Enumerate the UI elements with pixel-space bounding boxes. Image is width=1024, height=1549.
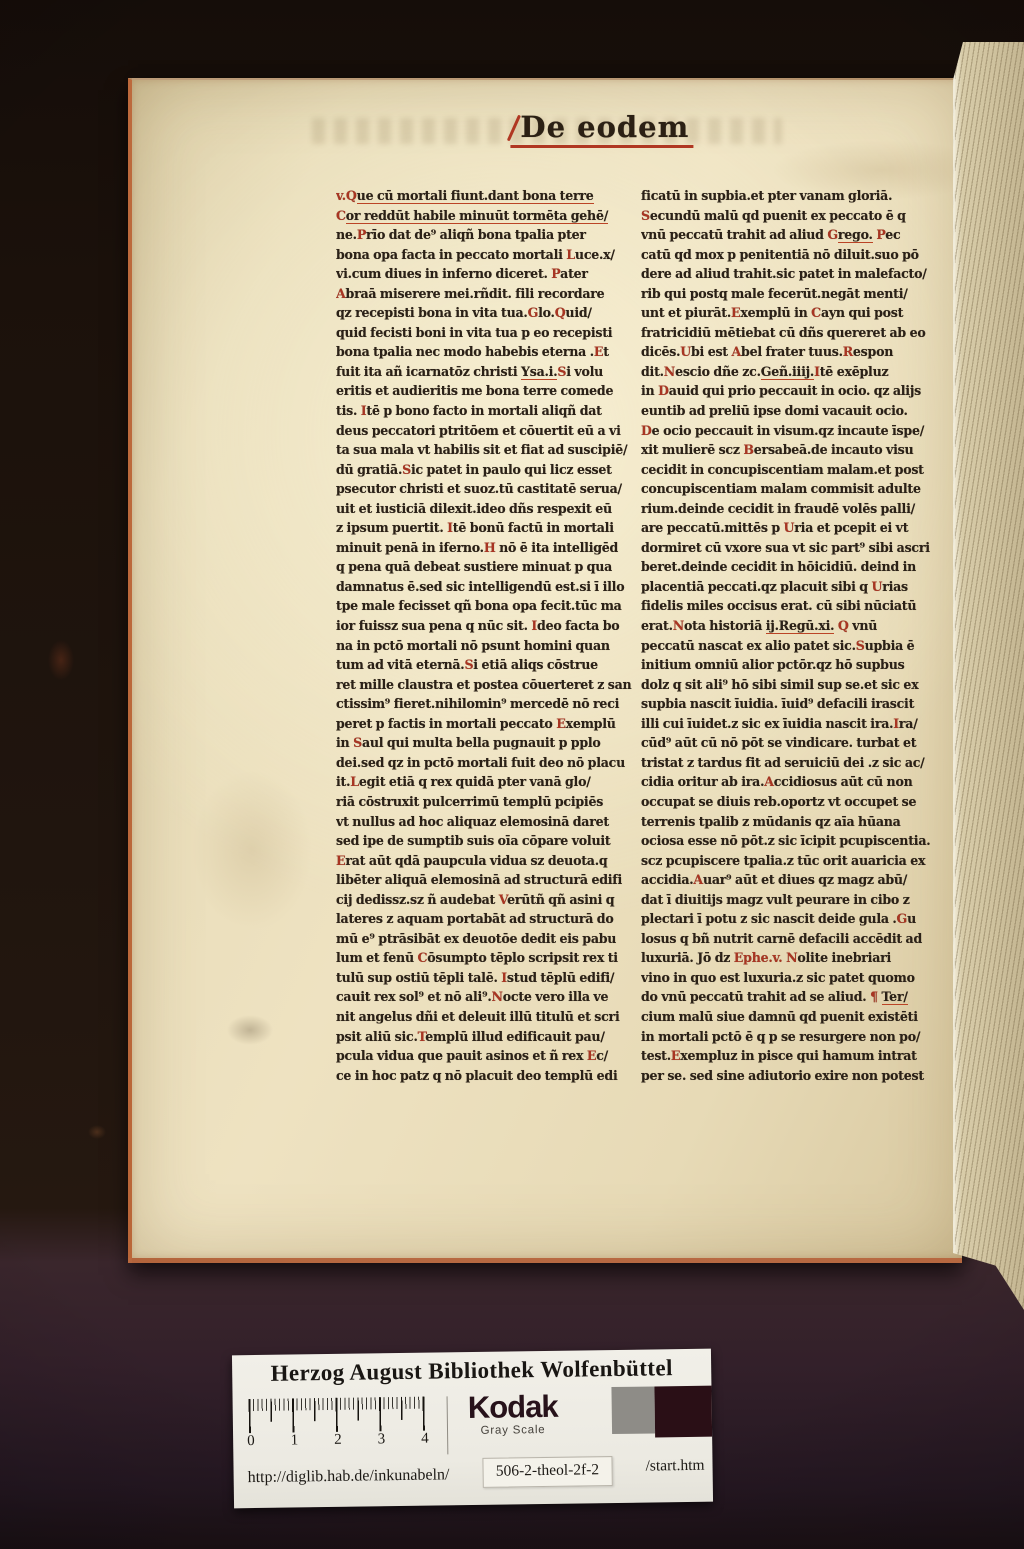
text-line: supbia nascit īuidia. īuid⁹ defacili ira… bbox=[641, 694, 949, 714]
text-line: psecutor christi et suoz.tū castitatē se… bbox=[336, 479, 644, 499]
text-line: accidia.Auar⁹ aūt et diues qz magz abū/ bbox=[641, 870, 949, 890]
text-line: erat.Nota historiā ij.Regū.xi. Q vnū bbox=[641, 616, 949, 636]
kodak-wordmark: Kodak bbox=[451, 1391, 573, 1425]
text-line: fidelis miles occisus erat. cū sibi nūci… bbox=[641, 596, 949, 616]
text-line: lum et fenū Cōsumpto tēplo scripsit rex … bbox=[336, 948, 644, 968]
library-name: Herzog August Bibliothek Wolfenbüttel bbox=[232, 1355, 711, 1388]
text-line: plectari ī potu z sic nascit deide gula … bbox=[641, 909, 949, 929]
text-line: nit angelus dñi et deleuit illū titulū e… bbox=[336, 1007, 644, 1027]
shelfmark: 506-2-theol-2f-2 bbox=[483, 1456, 613, 1488]
text-line: psit aliū sic.Templū illud edificauit pa… bbox=[336, 1027, 644, 1047]
text-line: it.Legit etiā q rex quidā pter vanā glo/ bbox=[336, 772, 644, 792]
text-line: riā cōstruxit pulcerrimū templū pcipiēs bbox=[336, 792, 644, 812]
text-line: na in pctō mortali nō psunt homini quan bbox=[336, 636, 644, 656]
text-line: beret.deinde cecidit in hōicidiū. deind … bbox=[641, 557, 949, 577]
background-stain bbox=[48, 640, 74, 680]
text-line: fratricidiū mētiebat cū dñs quereret ab … bbox=[641, 323, 949, 343]
text-line: quid fecisti boni in vita tua p eo recep… bbox=[336, 323, 644, 343]
text-line: v.Que cū mortali fiunt.dant bona terre bbox=[336, 186, 644, 206]
text-line: catū qd mox p penitentiā nō diluit.suo p… bbox=[641, 245, 949, 265]
text-line: dat ī diuitijs magz vult peurare in cibo… bbox=[641, 890, 949, 910]
text-line: q pena quā debeat sustiere minuat p qua bbox=[336, 557, 644, 577]
text-line: qz recepisti bona in vita tua.Glo.Quid/ bbox=[336, 303, 644, 323]
text-line: tristat z tardus fit ad seruiciū dei .z … bbox=[641, 753, 949, 773]
text-line: concupiscentiam malam commisit adulte bbox=[641, 479, 949, 499]
text-column-left: v.Que cū mortali fiunt.dant bona terreCo… bbox=[336, 186, 644, 1085]
ruler-number: 3 bbox=[378, 1431, 386, 1448]
text-line: occupat se diuis reb.oportz vt occupet s… bbox=[641, 792, 949, 812]
page-heading-text: De eodem bbox=[520, 110, 689, 144]
text-line: cauit rex sol⁹ et nō ali⁹.Nocte vero ill… bbox=[336, 987, 644, 1007]
text-line: ficatū in supbia.et pter vanam gloriā. bbox=[641, 186, 949, 206]
text-line: xit mulierē scz Bersabeā.de incauto visu bbox=[641, 440, 949, 460]
gray-patch bbox=[611, 1386, 655, 1434]
text-line: mū e⁹ ptrāsibāt ex deuotōe dedit eis pab… bbox=[336, 929, 644, 949]
ruler: 01234 bbox=[247, 1396, 449, 1457]
text-line: ne.Prīo dat de⁹ aliqñ bona tpalia pter bbox=[336, 225, 644, 245]
text-line: losus q bñ nutrit carnē defacili accēdit… bbox=[641, 929, 949, 949]
text-line: do vnū peccatū trahit ad se aliud. ¶ Ter… bbox=[641, 987, 949, 1007]
text-line: bona tpalia nec modo habebis eterna .Et bbox=[336, 342, 644, 362]
text-line: terrenis tpalib z mūdanis qz aīa hūana bbox=[641, 812, 949, 832]
text-line: pcula vidua que pauit asinos et ñ rex Ec… bbox=[336, 1046, 644, 1066]
text-line: Cor reddūt habile minuūt tormēta gehē/ bbox=[336, 206, 644, 226]
text-line: dormiret cū vxore sua vt sic part⁹ sibi … bbox=[641, 538, 949, 558]
text-line: ctissim⁹ fieret.nihilomin⁹ mercedē nō re… bbox=[336, 694, 644, 714]
start-file: /start.htm bbox=[645, 1455, 704, 1476]
text-line: bona opa facta in peccato mortali Luce.x… bbox=[336, 245, 644, 265]
text-line: rib qui postq male fecerūt.negāt menti/ bbox=[641, 284, 949, 304]
label-card: Herzog August Bibliothek Wolfenbüttel 01… bbox=[232, 1349, 713, 1509]
text-line: dere ad aliud trahit.sic patet in malefa… bbox=[641, 264, 949, 284]
text-line: Abraā miserere mei.rñdit. fili recordare bbox=[336, 284, 644, 304]
text-line: cium malū siue damnū qd puenit existēti bbox=[641, 1007, 949, 1027]
text-line: dū gratiā.Sic patet in paulo qui licz es… bbox=[336, 460, 644, 480]
text-line: Secundū malū qd puenit ex peccato ē q bbox=[641, 206, 949, 226]
text-line: scz pcupiscere tpalia.z tūc orit auarici… bbox=[641, 851, 949, 871]
text-line: are peccatū.mittēs p Uria et pcepit ei v… bbox=[641, 518, 949, 538]
text-line: tis. Itē p bono facto in mortali aliqñ d… bbox=[336, 401, 644, 421]
text-line: sed ipe de sumptib suis oīa cōpare volui… bbox=[336, 831, 644, 851]
text-line: tum ad vitā eternā.Si etiā aliqs cōstrue bbox=[336, 655, 644, 675]
text-line: cecidit in concupiscentiam malam.et post bbox=[641, 460, 949, 480]
ruler-number: 1 bbox=[291, 1432, 299, 1449]
text-line: placentiā peccati.qz placuit sibi q Uria… bbox=[641, 577, 949, 597]
text-line: ce in hoc patz q nō placuit deo templū e… bbox=[336, 1066, 644, 1086]
text-line: ta sua mala vt habilis sit et fiat ad su… bbox=[336, 440, 644, 460]
page-stain bbox=[192, 770, 312, 930]
page-heading: De eodem bbox=[510, 110, 693, 148]
text-line: De ocio peccauit in visum.qz incaute īsp… bbox=[641, 421, 949, 441]
text-line: vnū peccatū trahit ad aliud Grego. Pec bbox=[641, 225, 949, 245]
text-line: per se. sed sine adiutorio exire non pot… bbox=[641, 1066, 949, 1086]
text-line: minuit penā in iferno.H nō ē ita intelli… bbox=[336, 538, 644, 558]
text-line: vt nullus ad hoc aliquaz elemosinā daret bbox=[336, 812, 644, 832]
text-line: dolz q sit ali⁹ hō sibi simil sup se.et … bbox=[641, 675, 949, 695]
ruler-ticks bbox=[249, 1397, 427, 1435]
text-line: unt et piurāt.Exemplū in Cayn qui post bbox=[641, 303, 949, 323]
text-line: vino in quo est luxuria.z sic patet quom… bbox=[641, 968, 949, 988]
text-line: lateres z aquam portabāt ad structurā do bbox=[336, 909, 644, 929]
digitization-url: http://diglib.hab.de/inkunabeln/ bbox=[247, 1458, 449, 1487]
label-card-bottom-row: http://diglib.hab.de/inkunabeln/ 506-2-t… bbox=[247, 1455, 705, 1503]
text-line: initium omniū alior pctōr.qz hō supbus bbox=[641, 655, 949, 675]
text-column-right: ficatū in supbia.et pter vanam gloriā.Se… bbox=[641, 186, 949, 1085]
background-stain bbox=[88, 1125, 106, 1139]
text-line: cij dedissz.sz ñ audebat Verūtñ qñ asini… bbox=[336, 890, 644, 910]
text-line: peret p factis in mortali peccato Exempl… bbox=[336, 714, 644, 734]
text-line: in Dauid qui prio peccauit in ocio. qz a… bbox=[641, 381, 949, 401]
text-line: tpe male fecisset qñ bona opa fecit.tūc … bbox=[336, 596, 644, 616]
text-line: in Saul qui multa bella pugnauit p pplo bbox=[336, 733, 644, 753]
text-line: in mortali pctō ē q p se resurgere non p… bbox=[641, 1027, 949, 1047]
text-line: cidia oritur ab ira.Accidiosus aūt cū no… bbox=[641, 772, 949, 792]
text-line: Erat aūt qdā paupcula vidua sz deuota.q bbox=[336, 851, 644, 871]
ruler-number: 4 bbox=[421, 1431, 429, 1448]
text-line: test.Exempluz in pisce qui hamum intrat bbox=[641, 1046, 949, 1066]
text-line: ior fuissz sua pena q nūc sit. Ideo fact… bbox=[336, 616, 644, 636]
text-line: rium.deinde cecidit in fraudē volēs pall… bbox=[641, 499, 949, 519]
page-stain bbox=[227, 1015, 273, 1045]
dark-patch bbox=[654, 1386, 712, 1438]
text-line: vi.cum diues in inferno diceret. Pater bbox=[336, 264, 644, 284]
text-line: uit et iusticiā dilexit.ideo dñs respexi… bbox=[336, 499, 644, 519]
kodak-block: Kodak Gray Scale bbox=[451, 1391, 574, 1438]
text-line: libēter aliquā elemosinā ad structurā ed… bbox=[336, 870, 644, 890]
text-line: cūd⁹ aūt cū nō pōt se vindicare. turbat … bbox=[641, 733, 949, 753]
text-line: luxuriā. Jō dz Ephe.v. Nolite inebriari bbox=[641, 948, 949, 968]
text-line: tulū sup ostiū tēpli talē. Istud tēplū e… bbox=[336, 968, 644, 988]
text-line: fuit ita añ icarnatōz christi Ysa.i.Si v… bbox=[336, 362, 644, 382]
manuscript-page: De eodem v.Que cū mortali fiunt.dant bon… bbox=[128, 78, 962, 1263]
text-line: deus peccatori ptritōem et cōuertit eū a… bbox=[336, 421, 644, 441]
text-line: ret mille claustra et postea cōuerteret … bbox=[336, 675, 644, 695]
text-line: euntib ad preliū ipse domi vacauit ocio. bbox=[641, 401, 949, 421]
ruler-number: 2 bbox=[334, 1432, 342, 1449]
text-line: illi cui īuidet.z sic ex īuidia nascit i… bbox=[641, 714, 949, 734]
text-line: damnatus ē.sed sic intelligendū est.si ī… bbox=[336, 577, 644, 597]
text-line: peccatū nascat ex alio patet sic.Supbia … bbox=[641, 636, 949, 656]
fore-edge-pages bbox=[953, 42, 1024, 1310]
photograph-background: De eodem v.Que cū mortali fiunt.dant bon… bbox=[0, 0, 1024, 1549]
text-line: dicēs.Ubi est Abel frater tuus.Respon bbox=[641, 342, 949, 362]
ruler-number: 0 bbox=[247, 1433, 255, 1450]
text-line: ociosa esse nō pōt.z sic īcipit pcupisce… bbox=[641, 831, 949, 851]
text-line: eritis et audieritis me bona terre comed… bbox=[336, 381, 644, 401]
text-line: dei.sed qz in pctō mortali fuit deo nō p… bbox=[336, 753, 644, 773]
ruler-numbers: 01234 bbox=[247, 1430, 447, 1453]
gray-scale-label: Gray Scale bbox=[452, 1424, 574, 1438]
text-line: z ipsum puertit. Itē bonū factū in morta… bbox=[336, 518, 644, 538]
text-line: dit.Nescio dñe zc.Geñ.iiij.Itē exēpluz bbox=[641, 362, 949, 382]
